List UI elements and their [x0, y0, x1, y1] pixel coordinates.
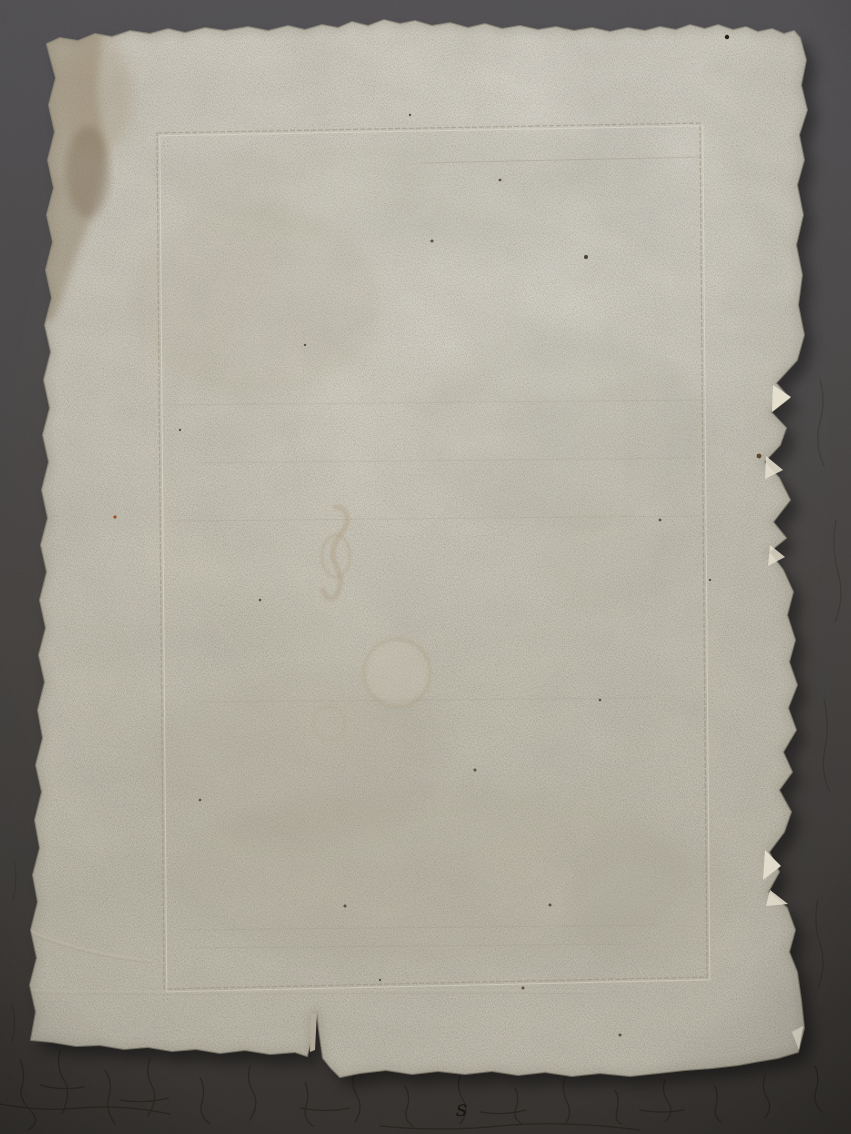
- photograph: s: [0, 0, 851, 1134]
- vignette-overlay: [0, 0, 851, 1134]
- scene-svg: s: [0, 0, 851, 1134]
